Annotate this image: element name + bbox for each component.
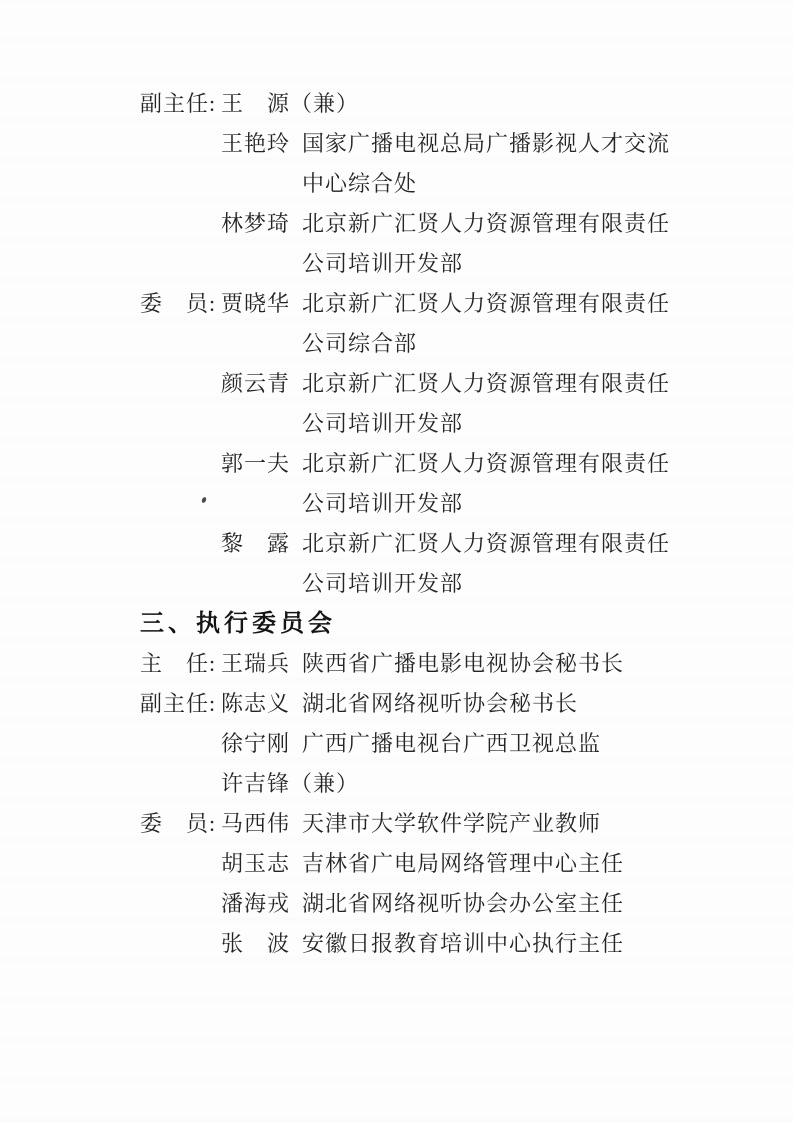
affiliation-line: 湖北省网络视听协会秘书长 — [302, 684, 712, 724]
role-label: 委 员: — [140, 804, 221, 844]
roster-row: 林梦琦 北京新广汇贤人力资源管理有限责任公司培训开发部 — [140, 204, 712, 284]
affiliation-line: 陕西省广播电影电视协会秘书长 — [302, 644, 712, 684]
person-affiliation: 湖北省网络视听协会秘书长 — [302, 684, 712, 724]
roster-row: 徐宁刚 广西广播电视台广西卫视总监 — [140, 724, 712, 764]
roster-row: 张 波 安徽日报教育培训中心执行主任 — [140, 924, 712, 964]
person-affiliation: 天津市大学软件学院产业教师 — [302, 804, 712, 844]
person-name: 马西伟 — [221, 804, 302, 844]
person-name: 许吉锋（兼） — [221, 764, 359, 804]
affiliation-line: 北京新广汇贤人力资源管理有限责任 — [302, 524, 712, 564]
person-name: 陈志义 — [221, 684, 302, 724]
person-affiliation: 北京新广汇贤人力资源管理有限责任公司培训开发部 — [302, 524, 712, 604]
roster-list: 副主任: 王 源（兼） 王艳玲 国家广播电视总局广播影视人才交流中心综合处 林梦… — [140, 84, 712, 964]
affiliation-line: 公司培训开发部 — [302, 564, 712, 604]
roster-row: 王艳玲 国家广播电视总局广播影视人才交流中心综合处 — [140, 124, 712, 204]
affiliation-line: 天津市大学软件学院产业教师 — [302, 804, 712, 844]
person-affiliation: 北京新广汇贤人力资源管理有限责任公司培训开发部 — [302, 364, 712, 444]
affiliation-line: 安徽日报教育培训中心执行主任 — [302, 924, 712, 964]
affiliation-line: 北京新广汇贤人力资源管理有限责任 — [302, 364, 712, 404]
roster-row: 许吉锋（兼） — [140, 764, 712, 804]
person-affiliation: 广西广播电视台广西卫视总监 — [302, 724, 712, 764]
affiliation-line: 国家广播电视总局广播影视人才交流 — [302, 124, 712, 164]
affiliation-line: 公司培训开发部 — [302, 244, 712, 284]
affiliation-line: 北京新广汇贤人力资源管理有限责任 — [302, 284, 712, 324]
person-name: 张 波 — [221, 924, 302, 964]
affiliation-line: 公司培训开发部 — [302, 484, 712, 524]
person-name: 胡玉志 — [221, 844, 302, 884]
section-heading-row: 三、执行委员会 — [140, 604, 712, 644]
person-affiliation: 北京新广汇贤人力资源管理有限责任公司培训开发部 — [302, 204, 712, 284]
roster-row: 黎 露 北京新广汇贤人力资源管理有限责任公司培训开发部 — [140, 524, 712, 604]
person-name: 颜云青 — [221, 364, 302, 404]
person-affiliation: 湖北省网络视听协会办公室主任 — [302, 884, 712, 924]
roster-row: 委 员: 贾晓华 北京新广汇贤人力资源管理有限责任公司综合部 — [140, 284, 712, 364]
roster-row: 主 任: 王瑞兵 陕西省广播电影电视协会秘书长 — [140, 644, 712, 684]
roster-row: 胡玉志 吉林省广电局网络管理中心主任 — [140, 844, 712, 884]
person-affiliation: 国家广播电视总局广播影视人才交流中心综合处 — [302, 124, 712, 204]
affiliation-line: 北京新广汇贤人力资源管理有限责任 — [302, 444, 712, 484]
person-name: 王 源（兼） — [221, 84, 359, 124]
affiliation-line: 吉林省广电局网络管理中心主任 — [302, 844, 712, 884]
role-label: 委 员: — [140, 284, 221, 324]
document-page: 副主任: 王 源（兼） 王艳玲 国家广播电视总局广播影视人才交流中心综合处 林梦… — [0, 0, 793, 1123]
role-label: 副主任: — [140, 684, 221, 724]
affiliation-line: 中心综合处 — [302, 164, 712, 204]
roster-row: 郭一夫 北京新广汇贤人力资源管理有限责任公司培训开发部 — [140, 444, 712, 524]
person-name: 郭一夫 — [221, 444, 302, 484]
roster-row: 副主任: 陈志义 湖北省网络视听协会秘书长 — [140, 684, 712, 724]
person-name: 黎 露 — [221, 524, 302, 564]
section-heading: 三、执行委员会 — [140, 604, 712, 644]
affiliation-line: 湖北省网络视听协会办公室主任 — [302, 884, 712, 924]
roster-row: 副主任: 王 源（兼） — [140, 84, 712, 124]
person-affiliation: 吉林省广电局网络管理中心主任 — [302, 844, 712, 884]
person-name: 贾晓华 — [221, 284, 302, 324]
person-name: 林梦琦 — [221, 204, 302, 244]
role-label: 主 任: — [140, 644, 221, 684]
affiliation-line: 北京新广汇贤人力资源管理有限责任 — [302, 204, 712, 244]
person-affiliation: 北京新广汇贤人力资源管理有限责任公司综合部 — [302, 284, 712, 364]
person-affiliation: 北京新广汇贤人力资源管理有限责任公司培训开发部 — [302, 444, 712, 524]
affiliation-line: 广西广播电视台广西卫视总监 — [302, 724, 712, 764]
person-name: 王艳玲 — [221, 124, 302, 164]
affiliation-line: 公司综合部 — [302, 324, 712, 364]
person-name: 徐宁刚 — [221, 724, 302, 764]
affiliation-line: 公司培训开发部 — [302, 404, 712, 444]
roster-row: 委 员: 马西伟 天津市大学软件学院产业教师 — [140, 804, 712, 844]
person-affiliation: 安徽日报教育培训中心执行主任 — [302, 924, 712, 964]
person-name: 王瑞兵 — [221, 644, 302, 684]
role-label: 副主任: — [140, 84, 221, 124]
roster-row: 潘海戎 湖北省网络视听协会办公室主任 — [140, 884, 712, 924]
roster-row: 颜云青 北京新广汇贤人力资源管理有限责任公司培训开发部 — [140, 364, 712, 444]
person-affiliation: 陕西省广播电影电视协会秘书长 — [302, 644, 712, 684]
person-name: 潘海戎 — [221, 884, 302, 924]
